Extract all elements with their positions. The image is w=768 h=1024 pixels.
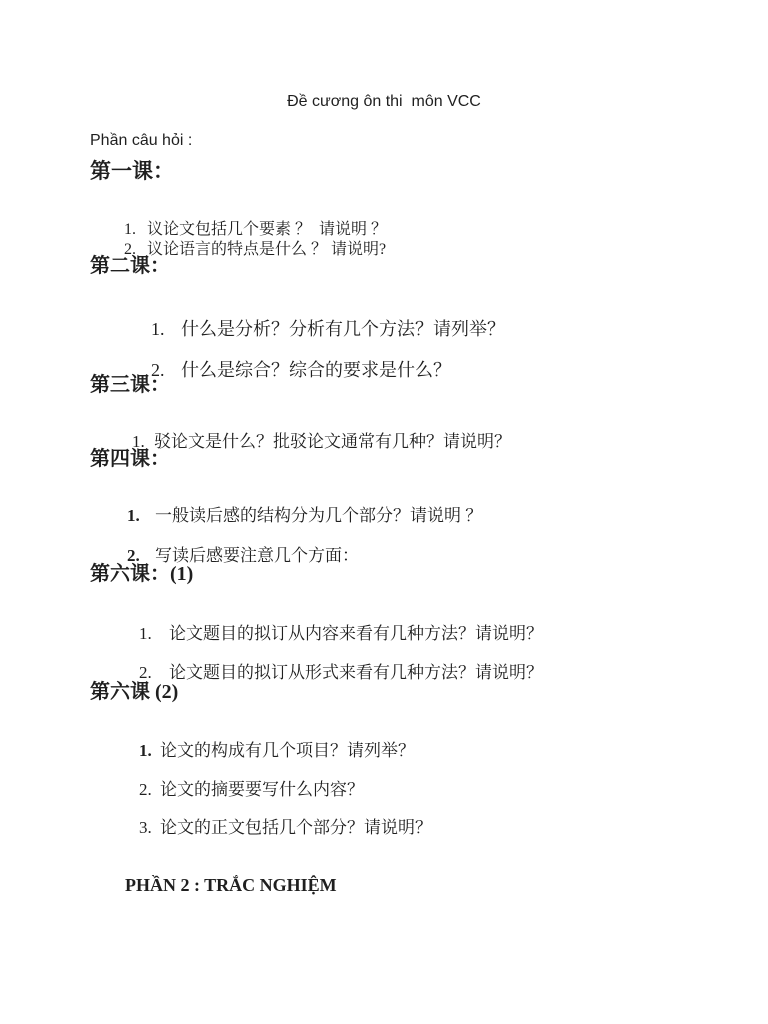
item-text: 议论语言的特点是什么 ？ 请说明? xyxy=(147,241,386,258)
item-text: 论文的正文包括几个部分？请说明？ xyxy=(160,818,432,837)
lesson-4-heading: 第四课： xyxy=(90,447,170,472)
questions-part-label: Phần câu hỏi : xyxy=(90,131,192,151)
lesson-1-heading: 第一课： xyxy=(90,158,174,184)
lesson-3-heading: 第三课： xyxy=(90,373,170,398)
lesson-2-item-2: 2.什么是综合？综合的要求是什么？ xyxy=(133,336,451,404)
part-2-heading: PHẦN 2 : TRẮC NGHIỆM xyxy=(125,874,337,897)
lesson-6-part-1-heading: 第六课：(1) xyxy=(90,562,193,587)
item-number: 3. xyxy=(139,817,160,838)
lesson-6-part-2-item-3: 3.论文的正文包括几个部分？请说明？ xyxy=(122,796,432,860)
item-text: 一般读后感的结构分为几个部分？请说明 ？ xyxy=(155,506,482,525)
lesson-6-part-2-heading: 第六课 (2) xyxy=(90,680,178,705)
item-text: 什么是综合？综合的要求是什么？ xyxy=(181,360,451,380)
lesson-2-heading: 第二课： xyxy=(90,254,170,279)
item-text: 驳论文是什么？批驳论文通常有几种？请说明？ xyxy=(154,432,511,451)
lesson-6-part-1-item-2: 2.论文题目的拟订从形式来看有几种方法？请说明？ xyxy=(122,641,543,705)
document-page: Đề cương ôn thi môn VCC Phần câu hỏi : 第… xyxy=(0,0,768,1024)
lesson-3-item-1: 1.驳论文是什么？批驳论文通常有几种？请说明？ xyxy=(115,410,511,474)
document-title: Đề cương ôn thi môn VCC xyxy=(0,92,768,112)
item-text: 论文题目的拟订从形式来看有几种方法？请说明？ xyxy=(169,663,543,682)
